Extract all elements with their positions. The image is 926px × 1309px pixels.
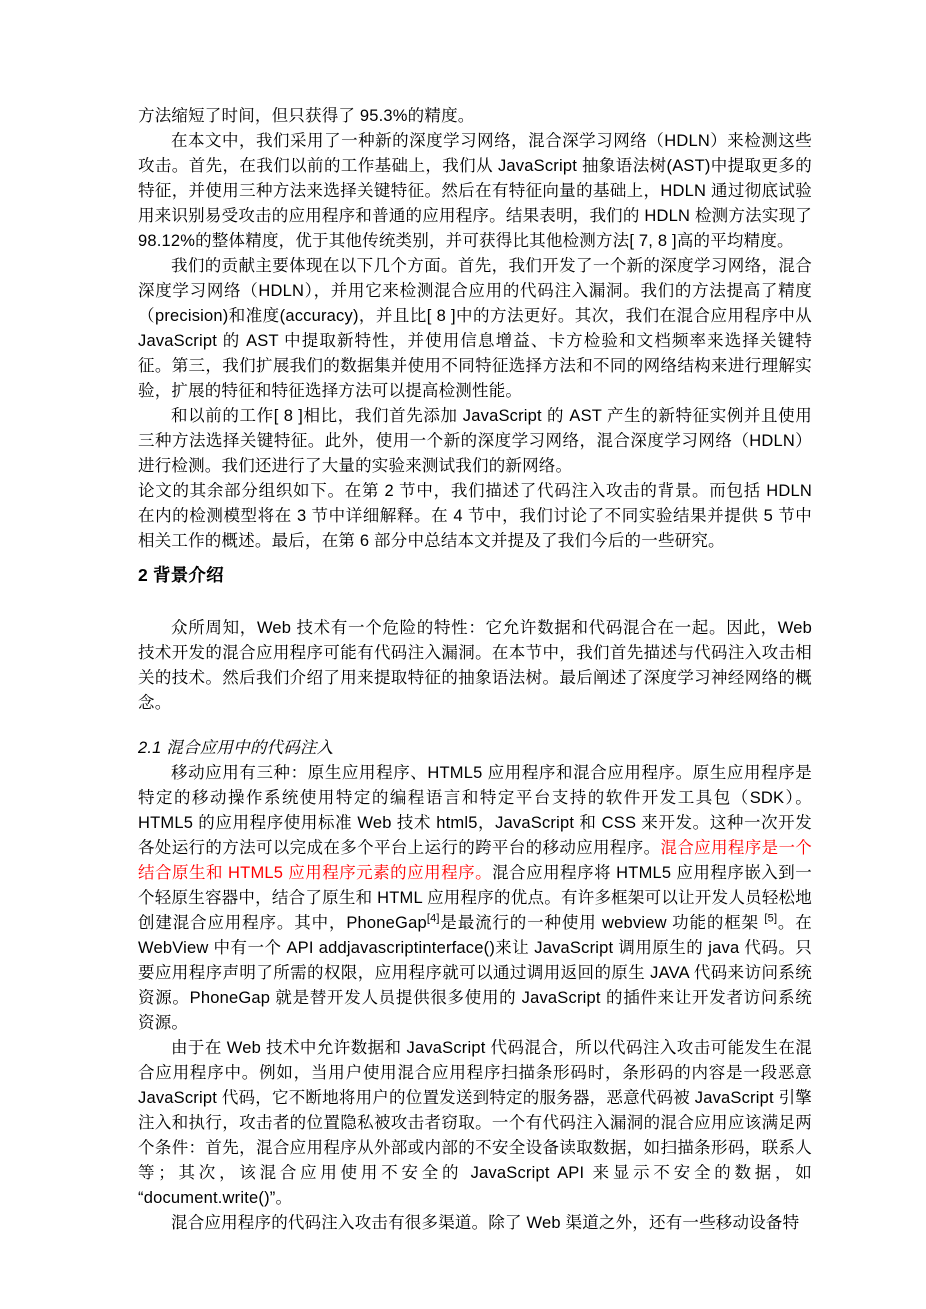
document-body: 方法缩短了时间，但只获得了 95.3%的精度。在本文中，我们采用了一种新的深度学… [138, 104, 812, 1236]
text-run: 由于在 Web 技术中允许数据和 JavaScript 代码混合，所以代码注入攻… [138, 1039, 812, 1207]
paragraph: 由于在 Web 技术中允许数据和 JavaScript 代码混合，所以代码注入攻… [138, 1036, 812, 1211]
text-run: 论文的其余部分组织如下。在第 2 节中，我们描述了代码注入攻击的背景。而包括 H… [138, 482, 812, 550]
text-run: 是最流行的一种使用 webview 功能的框架 [440, 914, 765, 932]
paragraph: 在本文中，我们采用了一种新的深度学习网络，混合深学习网络（HDLN）来检测这些攻… [138, 129, 812, 254]
text-run: 众所周知，Web 技术有一个危险的特性：它允许数据和代码混合在一起。因此，Web… [138, 619, 812, 712]
paragraph: 众所周知，Web 技术有一个危险的特性：它允许数据和代码混合在一起。因此，Web… [138, 616, 812, 716]
document-page: 方法缩短了时间，但只获得了 95.3%的精度。在本文中，我们采用了一种新的深度学… [0, 0, 926, 1309]
text-run: 方法缩短了时间，但只获得了 95.3%的精度。 [138, 107, 474, 125]
text-run: 混合应用程序的代码注入攻击有很多渠道。除了 Web 渠道之外，还有一些移动设备特 [171, 1214, 799, 1232]
subsection-heading: 2.1 混合应用中的代码注入 [138, 736, 812, 761]
paragraph: 我们的贡献主要体现在以下几个方面。首先，我们开发了一个新的深度学习网络，混合深度… [138, 254, 812, 404]
text-run: 在本文中，我们采用了一种新的深度学习网络，混合深学习网络（HDLN）来检测这些攻… [138, 132, 812, 250]
paragraph: 论文的其余部分组织如下。在第 2 节中，我们描述了代码注入攻击的背景。而包括 H… [138, 479, 812, 554]
text-run: 2 背景介绍 [138, 565, 224, 585]
paragraph: 方法缩短了时间，但只获得了 95.3%的精度。 [138, 104, 812, 129]
text-run: 我们的贡献主要体现在以下几个方面。首先，我们开发了一个新的深度学习网络，混合深度… [138, 257, 812, 400]
paragraph: 移动应用有三种：原生应用程序、HTML5 应用程序和混合应用程序。原生应用程序是… [138, 761, 812, 1036]
text-run: 2.1 混合应用中的代码注入 [138, 739, 333, 757]
text-run: 和以前的工作[ 8 ]相比，我们首先添加 JavaScript 的 AST 产生… [138, 407, 812, 475]
superscript-reference: [5] [764, 913, 777, 925]
paragraph: 混合应用程序的代码注入攻击有很多渠道。除了 Web 渠道之外，还有一些移动设备特 [138, 1211, 812, 1236]
section-heading: 2 背景介绍 [138, 563, 812, 588]
paragraph: 和以前的工作[ 8 ]相比，我们首先添加 JavaScript 的 AST 产生… [138, 404, 812, 479]
superscript-reference: [4] [427, 913, 440, 925]
